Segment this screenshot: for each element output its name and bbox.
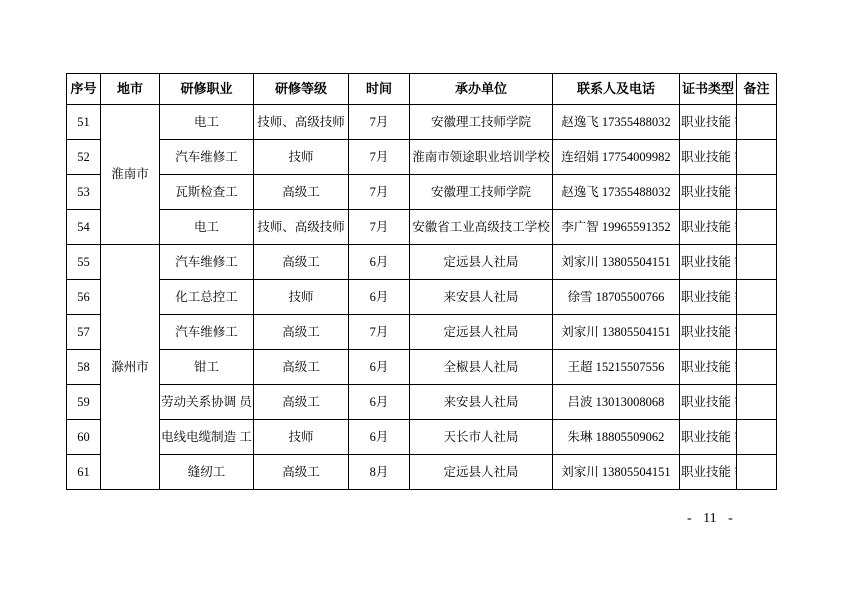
col-header-level: 研修等级 xyxy=(254,74,349,105)
cell-level: 技师、高级技师 xyxy=(254,210,349,245)
cell-cert-type: 职业技能 等级证书 xyxy=(680,420,737,455)
cell-organizer: 来安县人社局 xyxy=(410,385,553,420)
cell-remark xyxy=(737,350,777,385)
cell-occupation: 化工总控工 xyxy=(160,280,254,315)
col-header-contact: 联系人及电话 xyxy=(553,74,680,105)
cell-contact: 吕波 13013008068 xyxy=(553,385,680,420)
cell-organizer: 安徽理工技师学院 xyxy=(410,175,553,210)
cell-serial: 52 xyxy=(67,140,101,175)
cell-time: 6月 xyxy=(349,280,410,315)
table-row: 58 钳工 高级工 6月 全椒县人社局 王超 15215507556 职业技能 … xyxy=(67,350,777,385)
header-row: 序号 地市 研修职业 研修等级 时间 承办单位 联系人及电话 证书类型 备注 xyxy=(67,74,777,105)
cell-cert-type: 职业技能 等级证书 xyxy=(680,210,737,245)
cell-time: 7月 xyxy=(349,210,410,245)
cell-remark xyxy=(737,175,777,210)
cell-level: 技师、高级技师 xyxy=(254,105,349,140)
table-row: 51 淮南市 电工 技师、高级技师 7月 安徽理工技师学院 赵逸飞 173554… xyxy=(67,105,777,140)
cell-organizer: 定远县人社局 xyxy=(410,245,553,280)
cell-remark xyxy=(737,140,777,175)
training-schedule-table: 序号 地市 研修职业 研修等级 时间 承办单位 联系人及电话 证书类型 备注 5… xyxy=(66,73,777,490)
table-row: 59 劳动关系协调 员 高级工 6月 来安县人社局 吕波 13013008068… xyxy=(67,385,777,420)
cell-serial: 61 xyxy=(67,455,101,490)
col-header-time: 时间 xyxy=(349,74,410,105)
cell-time: 6月 xyxy=(349,420,410,455)
cell-remark xyxy=(737,315,777,350)
cell-occupation: 电工 xyxy=(160,105,254,140)
cell-remark xyxy=(737,385,777,420)
cell-city-group-huainan: 淮南市 xyxy=(101,105,160,245)
table-row: 57 汽车维修工 高级工 7月 定远县人社局 刘家川 13805504151 职… xyxy=(67,315,777,350)
cell-remark xyxy=(737,105,777,140)
cell-city-group-chuzhou: 滁州市 xyxy=(101,245,160,490)
table-row: 52 汽车维修工 技师 7月 淮南市领途职业培训学校 连绍娟 177540099… xyxy=(67,140,777,175)
cell-remark xyxy=(737,245,777,280)
cell-organizer: 安徽省工业高级技工学校 xyxy=(410,210,553,245)
table-row: 56 化工总控工 技师 6月 来安县人社局 徐雪 18705500766 职业技… xyxy=(67,280,777,315)
cell-contact: 刘家川 13805504151 xyxy=(553,245,680,280)
cell-cert-type: 职业技能 等级证书 xyxy=(680,105,737,140)
cell-occupation: 电工 xyxy=(160,210,254,245)
cell-serial: 53 xyxy=(67,175,101,210)
cell-organizer: 安徽理工技师学院 xyxy=(410,105,553,140)
cell-contact: 刘家川 13805504151 xyxy=(553,315,680,350)
cell-serial: 59 xyxy=(67,385,101,420)
cell-serial: 58 xyxy=(67,350,101,385)
cell-remark xyxy=(737,455,777,490)
cell-level: 高级工 xyxy=(254,455,349,490)
cell-organizer: 淮南市领途职业培训学校 xyxy=(410,140,553,175)
col-header-organizer: 承办单位 xyxy=(410,74,553,105)
cell-cert-type: 职业技能 等级证书 xyxy=(680,280,737,315)
cell-time: 7月 xyxy=(349,175,410,210)
cell-organizer: 来安县人社局 xyxy=(410,280,553,315)
cell-organizer: 定远县人社局 xyxy=(410,455,553,490)
cell-cert-type: 职业技能 等级证书 xyxy=(680,385,737,420)
cell-occupation: 缝纫工 xyxy=(160,455,254,490)
cell-contact: 赵逸飞 17355488032 xyxy=(553,175,680,210)
cell-serial: 51 xyxy=(67,105,101,140)
cell-level: 高级工 xyxy=(254,315,349,350)
cell-cert-type: 职业技能 等级证书 xyxy=(680,350,737,385)
cell-serial: 54 xyxy=(67,210,101,245)
cell-level: 高级工 xyxy=(254,245,349,280)
cell-time: 6月 xyxy=(349,385,410,420)
cell-level: 高级工 xyxy=(254,175,349,210)
cell-contact: 赵逸飞 17355488032 xyxy=(553,105,680,140)
cell-level: 高级工 xyxy=(254,385,349,420)
cell-contact: 王超 15215507556 xyxy=(553,350,680,385)
cell-remark xyxy=(737,420,777,455)
cell-occupation: 瓦斯检查工 xyxy=(160,175,254,210)
col-header-cert-type: 证书类型 xyxy=(680,74,737,105)
col-header-serial: 序号 xyxy=(67,74,101,105)
cell-time: 6月 xyxy=(349,350,410,385)
cell-cert-type: 职业技能 等级证书 xyxy=(680,140,737,175)
table-row: 55 滁州市 汽车维修工 高级工 6月 定远县人社局 刘家川 138055041… xyxy=(67,245,777,280)
cell-occupation: 电线电缆制造 工 xyxy=(160,420,254,455)
table-row: 61 缝纫工 高级工 8月 定远县人社局 刘家川 13805504151 职业技… xyxy=(67,455,777,490)
cell-cert-type: 职业技能 等级证书 xyxy=(680,315,737,350)
cell-organizer: 全椒县人社局 xyxy=(410,350,553,385)
cell-contact: 连绍娟 17754009982 xyxy=(553,140,680,175)
cell-serial: 60 xyxy=(67,420,101,455)
table-row: 53 瓦斯检查工 高级工 7月 安徽理工技师学院 赵逸飞 17355488032… xyxy=(67,175,777,210)
cell-occupation: 汽车维修工 xyxy=(160,245,254,280)
cell-remark xyxy=(737,210,777,245)
cell-remark xyxy=(737,280,777,315)
cell-organizer: 定远县人社局 xyxy=(410,315,553,350)
cell-cert-type: 职业技能 等级证书 xyxy=(680,455,737,490)
cell-time: 7月 xyxy=(349,315,410,350)
cell-contact: 刘家川 13805504151 xyxy=(553,455,680,490)
cell-level: 技师 xyxy=(254,280,349,315)
cell-occupation: 劳动关系协调 员 xyxy=(160,385,254,420)
cell-level: 技师 xyxy=(254,140,349,175)
cell-serial: 57 xyxy=(67,315,101,350)
cell-cert-type: 职业技能 等级证书 xyxy=(680,245,737,280)
cell-time: 8月 xyxy=(349,455,410,490)
page-number: - 11 - xyxy=(687,511,733,527)
cell-time: 7月 xyxy=(349,105,410,140)
cell-occupation: 汽车维修工 xyxy=(160,140,254,175)
cell-level: 高级工 xyxy=(254,350,349,385)
document-page: 序号 地市 研修职业 研修等级 时间 承办单位 联系人及电话 证书类型 备注 5… xyxy=(0,0,842,595)
col-header-city: 地市 xyxy=(101,74,160,105)
cell-contact: 李广智 19965591352 xyxy=(553,210,680,245)
table-row: 60 电线电缆制造 工 技师 6月 天长市人社局 朱琳 18805509062 … xyxy=(67,420,777,455)
cell-contact: 徐雪 18705500766 xyxy=(553,280,680,315)
cell-serial: 55 xyxy=(67,245,101,280)
cell-level: 技师 xyxy=(254,420,349,455)
cell-serial: 56 xyxy=(67,280,101,315)
cell-time: 6月 xyxy=(349,245,410,280)
cell-cert-type: 职业技能 等级证书 xyxy=(680,175,737,210)
col-header-remark: 备注 xyxy=(737,74,777,105)
cell-occupation: 汽车维修工 xyxy=(160,315,254,350)
cell-occupation: 钳工 xyxy=(160,350,254,385)
cell-organizer: 天长市人社局 xyxy=(410,420,553,455)
cell-time: 7月 xyxy=(349,140,410,175)
table-row: 54 电工 技师、高级技师 7月 安徽省工业高级技工学校 李广智 1996559… xyxy=(67,210,777,245)
cell-contact: 朱琳 18805509062 xyxy=(553,420,680,455)
col-header-occupation: 研修职业 xyxy=(160,74,254,105)
